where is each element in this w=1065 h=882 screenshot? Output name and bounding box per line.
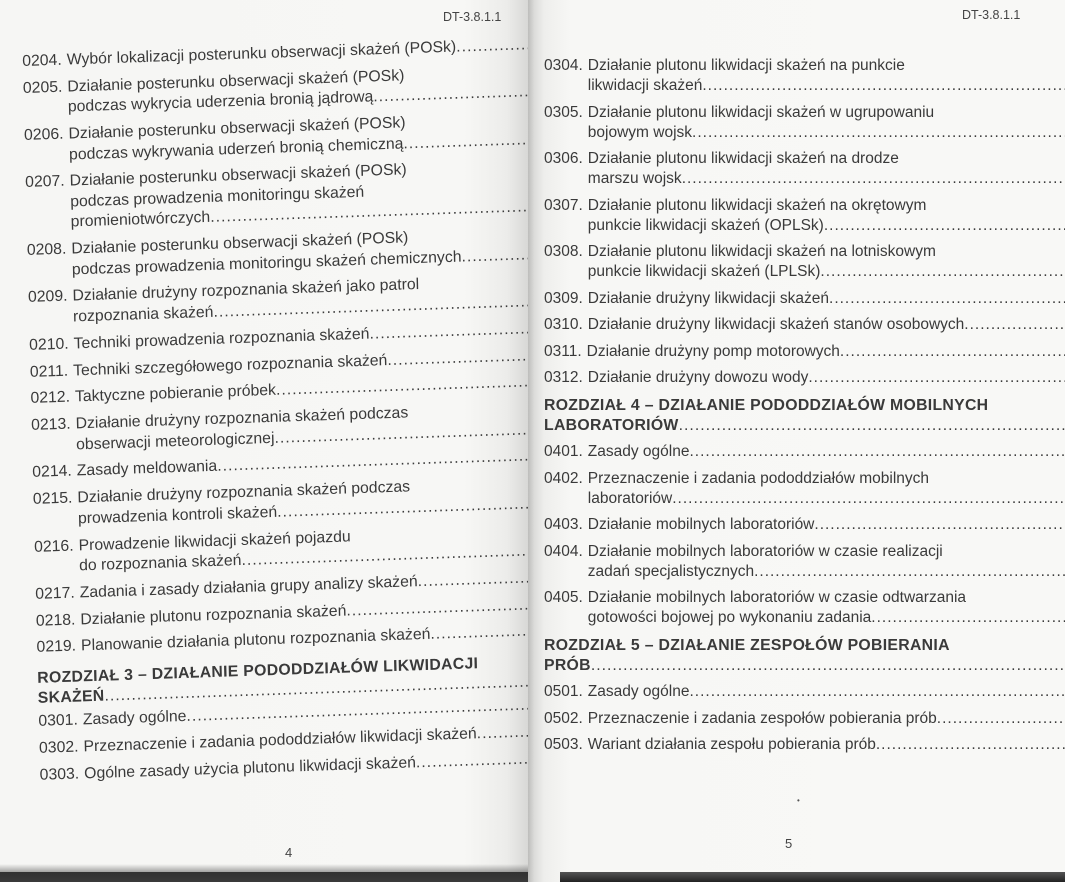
section-number: 0210.	[29, 334, 74, 356]
section-number: 0216.	[34, 536, 79, 558]
entry-title: Działanie drużyny likwidacji skażeń stan…	[588, 315, 964, 335]
section-number: 0306.	[544, 149, 588, 169]
book-spread: DT-3.8.1.1 0204.Wybór lokalizacji poster…	[0, 0, 1065, 882]
toc-entry[interactable]: 0402.Przeznaczenie i zadania pododdziałó…	[544, 469, 1032, 509]
section-number: 0404.	[544, 542, 588, 562]
left-page: DT-3.8.1.1 0204.Wybór lokalizacji poster…	[0, 0, 528, 872]
entry-title: SKAŻEŃ	[38, 687, 105, 710]
dot-leader	[689, 682, 1065, 702]
section-number: 0302.	[39, 737, 84, 759]
toc-entry[interactable]: 0403.Działanie mobilnych laboratoriów217	[544, 515, 1032, 535]
toc-chapter-entry[interactable]: ROZDZIAŁ 5 – DZIAŁANIE ZESPOŁÓW POBIERAN…	[544, 636, 1032, 676]
toc-entry[interactable]: 0310.Działanie drużyny likwidacji skażeń…	[544, 315, 1032, 335]
entry-title: Zasady ogólne	[588, 682, 690, 702]
entry-title: Działanie plutonu likwidacji skażeń na p…	[588, 56, 905, 76]
section-number: 0204.	[22, 51, 67, 73]
dot-leader	[820, 262, 1065, 282]
entry-title: Taktyczne pobieranie próbek	[75, 381, 276, 408]
toc-entry[interactable]: 0503.Wariant działania zespołu pobierani…	[544, 735, 1032, 755]
entry-title: Działanie drużyny pomp motorowych	[587, 342, 840, 362]
entry-title: Zasady ogólne	[83, 707, 187, 731]
entry-title: Działanie plutonu likwidacji skażeń w ug…	[588, 103, 934, 123]
section-number: 0207.	[25, 172, 70, 194]
section-number: 0310.	[544, 315, 588, 335]
entry-title: punkcie likwidacji skażeń (LPLSk)	[588, 262, 821, 282]
entry-title: bojowym wojsk	[588, 123, 692, 143]
entry-title: punkcie likwidacji skażeń (OPLSk)	[588, 216, 824, 236]
section-number: 0309.	[544, 289, 588, 309]
dot-leader	[672, 489, 1065, 509]
section-number: 0209.	[28, 287, 73, 309]
toc-entry[interactable]: 0405.Działanie mobilnych laboratoriów w …	[544, 588, 1032, 628]
document-code-header: DT-3.8.1.1	[962, 8, 1020, 22]
dot-leader	[937, 709, 1065, 729]
entry-title: Zasady ogólne	[588, 442, 690, 462]
section-number: 0405.	[544, 588, 588, 608]
section-number: 0502.	[544, 709, 588, 729]
section-number: 0305.	[544, 103, 588, 123]
section-number: 0217.	[35, 583, 80, 605]
dot-leader	[871, 608, 1065, 628]
entry-title: Zadania i zasady działania grupy analizy…	[80, 572, 418, 604]
dot-leader	[692, 123, 1065, 143]
dot-leader	[754, 562, 1065, 582]
toc-entry[interactable]: 0502.Przeznaczenie i zadania zespołów po…	[544, 709, 1032, 729]
section-number: 0214.	[32, 462, 77, 484]
entry-title: Działanie mobilnych laboratoriów	[588, 515, 815, 535]
page-edge-shadow	[0, 864, 528, 882]
section-number: 0208.	[27, 240, 72, 262]
section-number: 0211.	[30, 361, 74, 383]
section-number: 0303.	[39, 764, 84, 786]
dot-leader	[808, 368, 1065, 388]
dot-leader	[702, 76, 1065, 96]
print-mark: •	[797, 796, 800, 805]
entry-title: ROZDZIAŁ 4 – DZIAŁANIE PODODDZIAŁÓW MOBI…	[544, 396, 988, 416]
toc-entry[interactable]: 0304.Działanie plutonu likwidacji skażeń…	[544, 56, 1032, 96]
table-of-contents-left: 0204.Wybór lokalizacji posterunku obserw…	[22, 35, 540, 792]
section-number: 0212.	[30, 388, 75, 410]
entry-title: Działanie mobilnych laboratoriów w czasi…	[588, 588, 966, 608]
entry-title: Działanie drużyny likwidacji skażeń	[588, 289, 829, 309]
dot-leader	[591, 656, 1065, 676]
section-number: 0311.	[544, 342, 587, 362]
section-number: 0403.	[544, 515, 588, 535]
section-number: 0219.	[36, 637, 81, 659]
entry-title: laboratoriów	[588, 489, 672, 509]
entry-title: Zasady meldowania	[77, 457, 218, 482]
document-code-header: DT-3.8.1.1	[443, 10, 501, 24]
entry-title: do rozpoznania skażeń	[79, 551, 242, 577]
page-number: 5	[785, 836, 792, 851]
toc-entry[interactable]: 0312.Działanie drużyny dowozu wody209	[544, 368, 1032, 388]
table-of-contents-right: 0304.Działanie plutonu likwidacji skażeń…	[544, 56, 1032, 762]
page-number: 4	[285, 845, 292, 860]
entry-title: Ogólne zasady użycia plutonu likwidacji …	[84, 753, 416, 784]
entry-title: gotowości bojowej po wykonaniu zadania	[588, 608, 872, 628]
section-number: 0312.	[544, 368, 588, 388]
section-number: 0501.	[544, 682, 588, 702]
section-number: 0218.	[36, 610, 81, 632]
section-number: 0213.	[31, 415, 76, 437]
section-number: 0307.	[544, 196, 588, 216]
dot-leader	[829, 289, 1065, 309]
entry-title: Działanie plutonu rozpoznania skażeń	[80, 601, 346, 630]
toc-entry[interactable]: 0307.Działanie plutonu likwidacji skażeń…	[544, 196, 1032, 236]
entry-title: Przeznaczenie i zadania zespołów pobiera…	[588, 709, 937, 729]
entry-title: Działanie plutonu likwidacji skażeń na d…	[588, 149, 899, 169]
section-number: 0402.	[544, 469, 588, 489]
dot-leader	[964, 315, 1065, 335]
section-number: 0301.	[38, 710, 83, 732]
entry-title: promieniotwórczych	[70, 208, 210, 233]
section-number: 0304.	[544, 56, 588, 76]
toc-entry[interactable]: 0311.Działanie drużyny pomp motorowych20…	[544, 342, 1032, 362]
toc-entry[interactable]: 0207.Działanie posterunku obserwacji ska…	[25, 157, 526, 235]
section-number: 0503.	[544, 735, 588, 755]
entry-title: Techniki prowadzenia rozpoznania skażeń	[73, 324, 369, 354]
entry-title: likwidacji skażeń	[588, 76, 703, 96]
toc-entry[interactable]: 0306.Działanie plutonu likwidacji skażeń…	[544, 149, 1032, 189]
dot-leader	[679, 416, 1065, 436]
entry-title: Działanie plutonu likwidacji skażeń na l…	[588, 242, 936, 262]
entry-title: Planowanie działania plutonu rozpoznania…	[81, 625, 431, 657]
entry-title: rozpoznania skażeń	[73, 303, 214, 328]
page-edge-shadow	[560, 872, 1065, 882]
entry-title: zadań specjalistycznych	[588, 562, 754, 582]
entry-title: ROZDZIAŁ 5 – DZIAŁANIE ZESPOŁÓW POBIERAN…	[544, 636, 950, 656]
toc-entry[interactable]: 0308.Działanie plutonu likwidacji skażeń…	[544, 242, 1032, 282]
entry-title: LABORATORIÓW	[544, 416, 679, 436]
toc-entry[interactable]: 0401.Zasady ogólne211	[544, 442, 1032, 462]
dot-leader	[689, 442, 1065, 462]
dot-leader	[840, 342, 1065, 362]
entry-title: Techniki szczegółowego rozpoznania skaże…	[73, 351, 388, 382]
entry-title: Działanie drużyny dowozu wody	[588, 368, 809, 388]
entry-title: Wariant działania zespołu pobierania pró…	[588, 735, 876, 755]
section-number: 0206.	[24, 125, 69, 147]
entry-title: Działanie mobilnych laboratoriów w czasi…	[588, 542, 943, 562]
toc-chapter-entry[interactable]: ROZDZIAŁ 4 – DZIAŁANIE PODODDZIAŁÓW MOBI…	[544, 396, 1032, 436]
entry-title: marszu wojsk	[588, 169, 682, 189]
section-number: 0308.	[544, 242, 588, 262]
entry-title: Przeznaczenie i zadania pododdziałów mob…	[588, 469, 929, 489]
toc-entry[interactable]: 0305.Działanie plutonu likwidacji skażeń…	[544, 103, 1032, 143]
entry-title: Działanie plutonu likwidacji skażeń na o…	[588, 196, 927, 216]
toc-entry[interactable]: 0501.Zasady ogólne221	[544, 682, 1032, 702]
entry-title: PRÓB	[544, 656, 591, 676]
dot-leader	[814, 515, 1065, 535]
section-number: 0401.	[544, 442, 588, 462]
toc-entry[interactable]: 0309.Działanie drużyny likwidacji skażeń…	[544, 289, 1032, 309]
dot-leader	[682, 169, 1065, 189]
section-number: 0205.	[23, 77, 68, 99]
dot-leader	[824, 216, 1065, 236]
dot-leader	[876, 735, 1065, 755]
section-number: 0215.	[33, 489, 78, 511]
toc-entry[interactable]: 0404.Działanie mobilnych laboratoriów w …	[544, 542, 1032, 582]
